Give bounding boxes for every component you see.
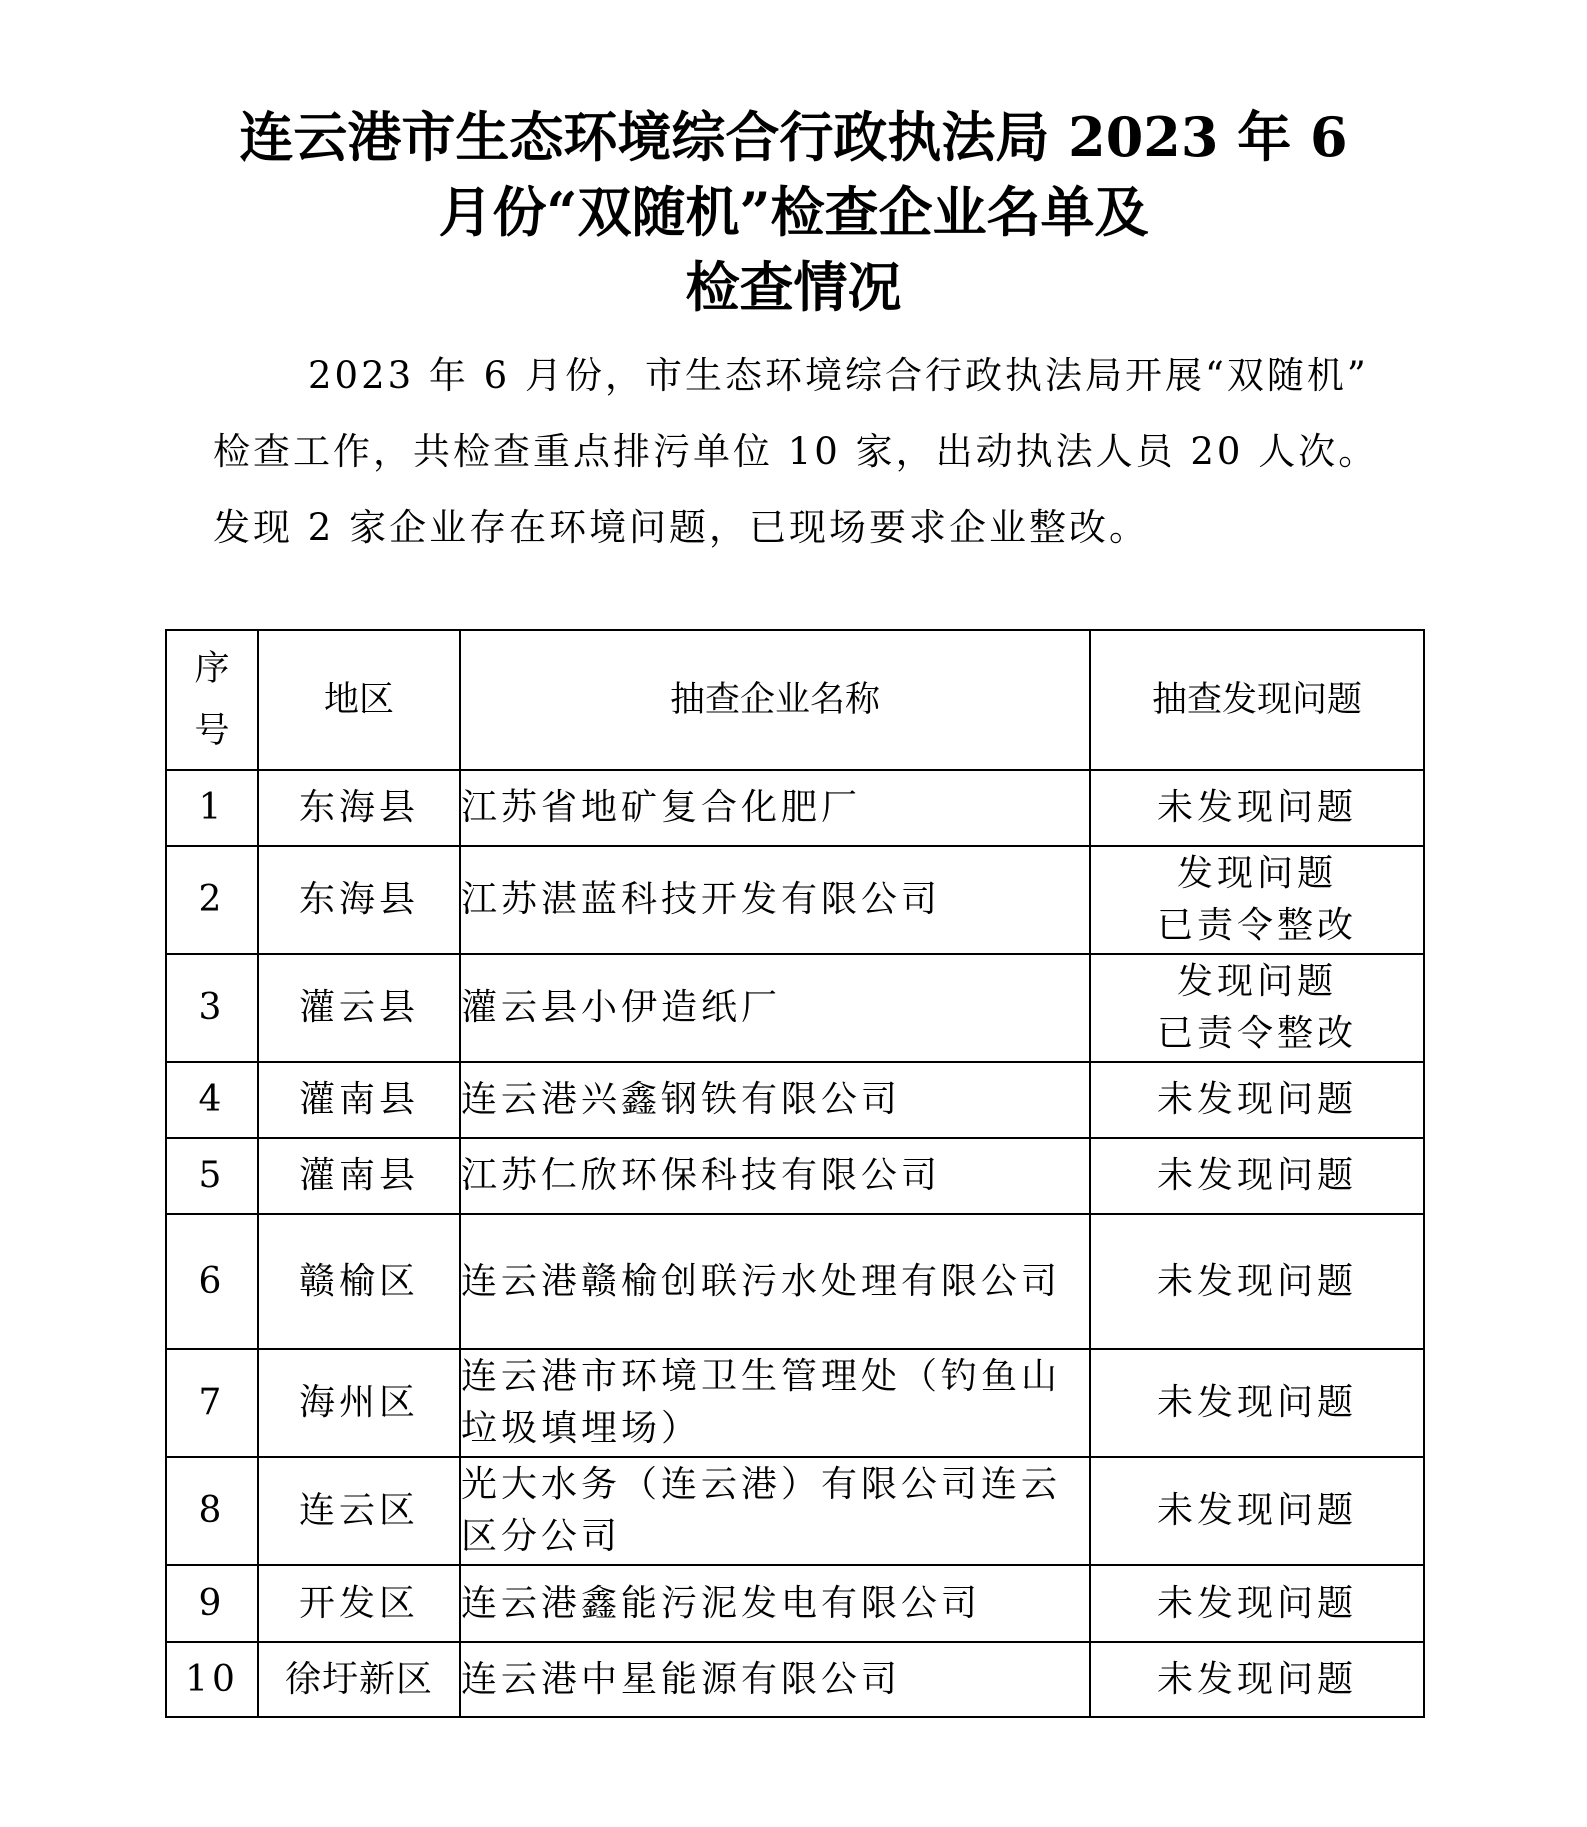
row-company: 连云港鑫能污泥发电有限公司 [460, 1565, 1090, 1642]
row-company: 连云港赣榆创联污水处理有限公司 [460, 1214, 1090, 1349]
row-company: 连云港中星能源有限公司 [460, 1642, 1090, 1717]
title-line-1: 连云港市生态环境综合行政执法局 2023 年 6 [0, 100, 1587, 175]
row-number: 5 [166, 1138, 258, 1214]
row-number: 7 [166, 1349, 258, 1457]
title-line-3: 检查情况 [0, 250, 1587, 325]
document-title: 连云港市生态环境综合行政执法局 2023 年 6 月份“双随机”检查企业名单及 … [0, 100, 1587, 325]
table-row: 9 开发区 连云港鑫能污泥发电有限公司 未发现问题 [166, 1565, 1424, 1642]
table-row: 2 东海县 江苏湛蓝科技开发有限公司 发现问题 已责令整改 [166, 846, 1424, 954]
summary-paragraph: 2023 年 6 月份，市生态环境综合行政执法局开展“双随机” 检查工作，共检查… [213, 338, 1428, 566]
table-row: 3 灌云县 灌云县小伊造纸厂 发现问题 已责令整改 [166, 954, 1424, 1062]
row-result: 未发现问题 [1090, 1565, 1424, 1642]
table-row: 7 海州区 连云港市环境卫生管理处（钓鱼山垃圾填埋场） 未发现问题 [166, 1349, 1424, 1457]
row-result: 发现问题 已责令整改 [1090, 846, 1424, 954]
row-region: 东海县 [258, 846, 460, 954]
row-number: 10 [166, 1642, 258, 1717]
row-number: 4 [166, 1062, 258, 1138]
header-region: 地区 [258, 630, 460, 770]
table-row: 10 徐圩新区 连云港中星能源有限公司 未发现问题 [166, 1642, 1424, 1717]
title-line-2: 月份“双随机”检查企业名单及 [0, 175, 1587, 250]
table-row: 5 灌南县 江苏仁欣环保科技有限公司 未发现问题 [166, 1138, 1424, 1214]
row-result: 未发现问题 [1090, 770, 1424, 846]
table-row: 4 灌南县 连云港兴鑫钢铁有限公司 未发现问题 [166, 1062, 1424, 1138]
header-result: 抽查发现问题 [1090, 630, 1424, 770]
table-row: 6 赣榆区 连云港赣榆创联污水处理有限公司 未发现问题 [166, 1214, 1424, 1349]
row-number: 6 [166, 1214, 258, 1349]
row-number: 9 [166, 1565, 258, 1642]
row-number: 3 [166, 954, 258, 1062]
header-seq: 序 号 [166, 630, 258, 770]
row-result: 未发现问题 [1090, 1138, 1424, 1214]
row-company: 光大水务（连云港）有限公司连云区分公司 [460, 1457, 1090, 1565]
row-region: 开发区 [258, 1565, 460, 1642]
row-company: 灌云县小伊造纸厂 [460, 954, 1090, 1062]
row-region: 灌南县 [258, 1062, 460, 1138]
row-region: 徐圩新区 [258, 1642, 460, 1717]
row-result: 未发现问题 [1090, 1642, 1424, 1717]
row-company: 连云港兴鑫钢铁有限公司 [460, 1062, 1090, 1138]
row-number: 1 [166, 770, 258, 846]
row-region: 东海县 [258, 770, 460, 846]
row-result: 未发现问题 [1090, 1062, 1424, 1138]
row-company: 连云港市环境卫生管理处（钓鱼山垃圾填埋场） [460, 1349, 1090, 1457]
row-company: 江苏省地矿复合化肥厂 [460, 770, 1090, 846]
row-result: 未发现问题 [1090, 1457, 1424, 1565]
row-region: 灌云县 [258, 954, 460, 1062]
table-header-row: 序 号 地区 抽查企业名称 抽查发现问题 [166, 630, 1424, 770]
paragraph-line-3: 发现 2 家企业存在环境问题，已现场要求企业整改。 [213, 490, 1428, 566]
row-company: 江苏湛蓝科技开发有限公司 [460, 846, 1090, 954]
header-company: 抽查企业名称 [460, 630, 1090, 770]
row-number: 8 [166, 1457, 258, 1565]
table-row: 1 东海县 江苏省地矿复合化肥厂 未发现问题 [166, 770, 1424, 846]
row-region: 海州区 [258, 1349, 460, 1457]
row-number: 2 [166, 846, 258, 954]
row-region: 灌南县 [258, 1138, 460, 1214]
table-row: 8 连云区 光大水务（连云港）有限公司连云区分公司 未发现问题 [166, 1457, 1424, 1565]
paragraph-line-2: 检查工作，共检查重点排污单位 10 家，出动执法人员 20 人次。 [213, 414, 1428, 490]
row-result: 未发现问题 [1090, 1349, 1424, 1457]
row-result: 未发现问题 [1090, 1214, 1424, 1349]
paragraph-line-1: 2023 年 6 月份，市生态环境综合行政执法局开展“双随机” [213, 338, 1428, 414]
row-result: 发现问题 已责令整改 [1090, 954, 1424, 1062]
row-company: 江苏仁欣环保科技有限公司 [460, 1138, 1090, 1214]
inspection-table: 序 号 地区 抽查企业名称 抽查发现问题 1 东海县 江苏省地矿复合化肥厂 未发… [165, 629, 1425, 1718]
row-region: 赣榆区 [258, 1214, 460, 1349]
row-region: 连云区 [258, 1457, 460, 1565]
